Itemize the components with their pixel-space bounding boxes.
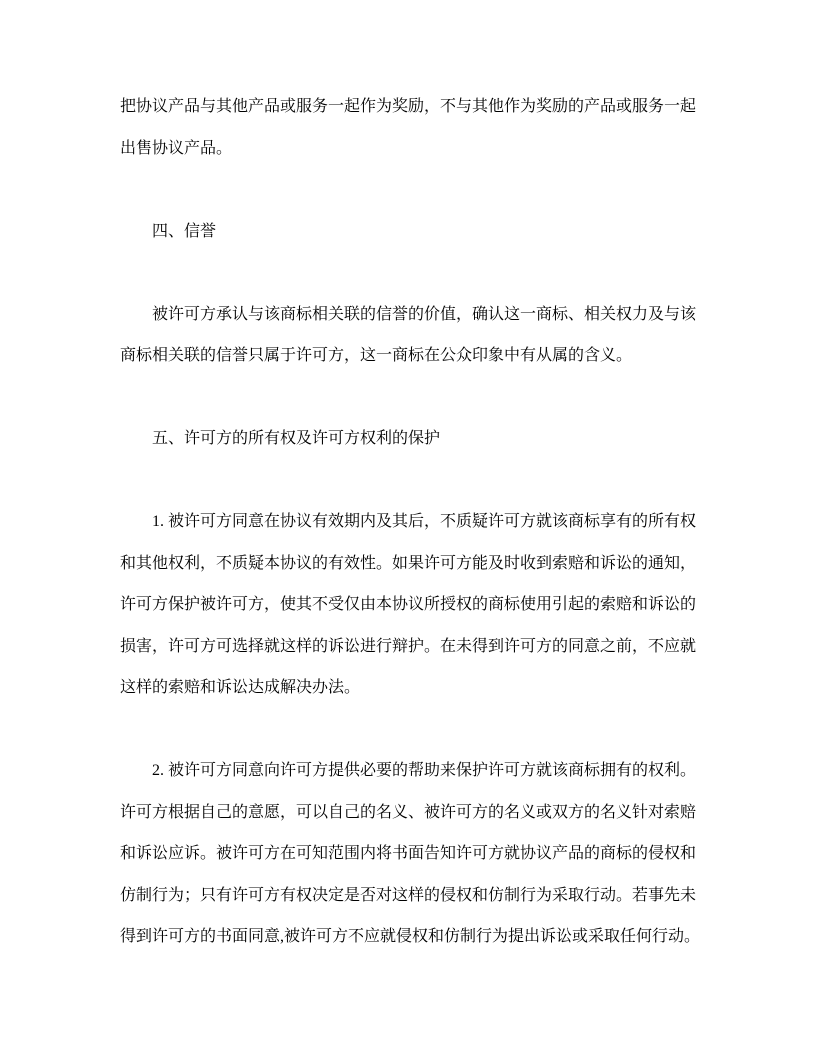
text-line: 仿制行为；只有许可方有权决定是否对这样的侵权和仿制行为采取行动。若事先未: [120, 875, 698, 917]
paragraph-clause-1: 1. 被许可方同意在协议有效期内及其后，不质疑许可方就该商标享有的所有权 和其他…: [120, 501, 698, 709]
text-line: 损害，许可方可选择就这样的诉讼进行辩护。在未得到许可方的同意之前，不应就: [120, 626, 698, 668]
text-line: 出售协议产品。: [120, 128, 698, 170]
text-line: 和其他权利，不质疑本协议的有效性。如果许可方能及时收到索赔和诉讼的通知，: [120, 543, 698, 585]
paragraph-clause-2: 2. 被许可方同意向许可方提供必要的帮助来保护许可方就该商标拥有的权利。 许可方…: [120, 750, 698, 958]
heading-section-5-ownership: 五、许可方的所有权及许可方权利的保护: [120, 418, 698, 460]
text-line: 把协议产品与其他产品或服务一起作为奖励，不与其他作为奖励的产品或服务一起: [120, 86, 698, 128]
text-line: 被许可方承认与该商标相关联的信誉的价值，确认这一商标、相关权力及与该: [120, 294, 698, 336]
text-line: 1. 被许可方同意在协议有效期内及其后，不质疑许可方就该商标享有的所有权: [120, 501, 698, 543]
text-line: 这样的索赔和诉讼达成解决办法。: [120, 667, 698, 709]
document-page: 把协议产品与其他产品或服务一起作为奖励，不与其他作为奖励的产品或服务一起 出售协…: [0, 0, 816, 1056]
paragraph-goodwill: 被许可方承认与该商标相关联的信誉的价值，确认这一商标、相关权力及与该 商标相关联…: [120, 294, 698, 377]
paragraph-reward-continuation: 把协议产品与其他产品或服务一起作为奖励，不与其他作为奖励的产品或服务一起 出售协…: [120, 86, 698, 169]
text-line: 许可方保护被许可方，使其不受仅由本协议所授权的商标使用引起的索赔和诉讼的: [120, 584, 698, 626]
text-line: 许可方根据自己的意愿，可以自己的名义、被许可方的名义或双方的名义针对索赔: [120, 792, 698, 834]
heading-line: 四、信誉: [120, 211, 698, 253]
text-line: 2. 被许可方同意向许可方提供必要的帮助来保护许可方就该商标拥有的权利。: [120, 750, 698, 792]
text-line: 商标相关联的信誉只属于许可方，这一商标在公众印象中有从属的含义。: [120, 335, 698, 377]
text-line: 和诉讼应诉。被许可方在可知范围内将书面告知许可方就协议产品的商标的侵权和: [120, 833, 698, 875]
heading-line: 五、许可方的所有权及许可方权利的保护: [120, 418, 698, 460]
heading-section-4-goodwill: 四、信誉: [120, 211, 698, 253]
text-line: 得到许可方的书面同意,被许可方不应就侵权和仿制行为提出诉讼或采取任何行动。: [120, 916, 698, 958]
document-text-block: 把协议产品与其他产品或服务一起作为奖励，不与其他作为奖励的产品或服务一起 出售协…: [120, 86, 698, 958]
